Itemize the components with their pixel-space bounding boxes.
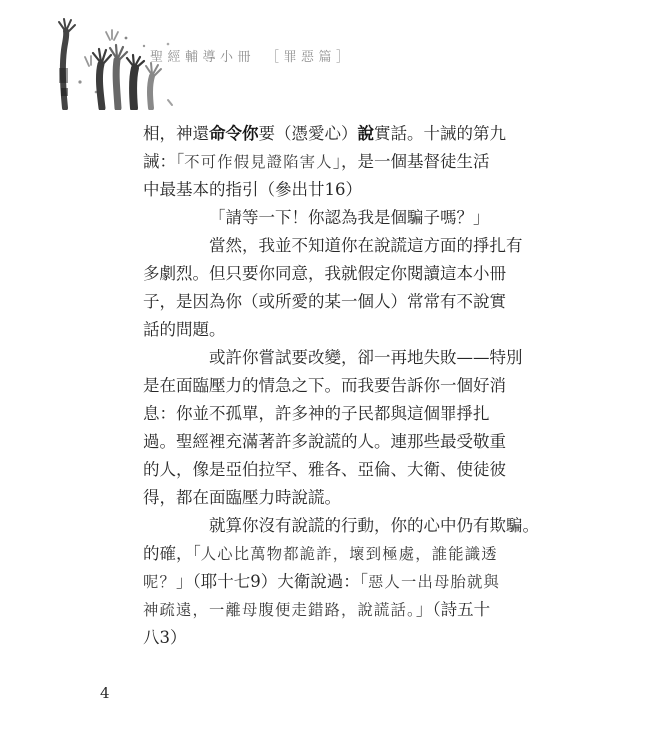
text-line: 或許你嘗試要改變，卻一再地失敗——特別	[143, 344, 523, 372]
scripture-quote: 人心比萬物都詭詐，壞到極處，誰能識透	[201, 545, 498, 563]
body-text-segment: 當然，我並不知道你在說謊這方面的掙扎有	[209, 236, 523, 255]
text-line: 子，是因為你（或所愛的某一個人）常常有不說實	[143, 288, 506, 316]
body-text-segment: 八3）	[143, 628, 187, 647]
scripture-quote: 呢？	[143, 573, 176, 591]
text-line: 的確，「人心比萬物都詭詐，壞到極處，誰能識透	[143, 540, 498, 568]
text-line: 過。聖經裡充滿著許多說謊的人。連那些最受敬重	[143, 428, 506, 456]
running-head-title: 聖經輔導小冊 ［罪惡篇］	[150, 46, 354, 65]
body-text-segment: 相，神還	[143, 124, 209, 143]
scripture-quote: 惡人一出母胎就與	[368, 573, 500, 591]
body-text-segment: 誡：「	[143, 152, 184, 171]
page-number: 4	[100, 684, 110, 702]
body-text-segment: 說	[358, 124, 375, 143]
body-text-segment: 」，是一個基督徒生活	[333, 152, 490, 171]
body-text-segment: 命令你	[209, 124, 259, 143]
text-line: 息：你並不孤單，許多神的子民都與這個罪掙扎	[143, 400, 490, 428]
text-line: 話的問題。	[143, 316, 226, 344]
text-line: 得，都在面臨壓力時說謊。	[143, 484, 341, 512]
body-text-segment: 就算你沒有說謊的行動，你的心中仍有欺騙。	[209, 516, 539, 535]
body-text-segment: 過。聖經裡充滿著許多說謊的人。連那些最受敬重	[143, 432, 506, 451]
text-line: 誡：「不可作假見證陷害人」，是一個基督徒生活	[143, 148, 489, 176]
body-text-segment: 或許你嘗試要改變，卻一再地失敗——特別	[209, 348, 523, 367]
text-line: 就算你沒有說謊的行動，你的心中仍有欺騙。	[143, 512, 539, 540]
scripture-quote: 不可作假見證陷害人	[184, 153, 332, 171]
text-line: 的人，像是亞伯拉罕、雅各、亞倫、大衛、使徒彼	[143, 456, 506, 484]
body-text-segment: 「請等一下！你認為我是個騙子嗎？」	[209, 208, 490, 227]
text-line: 「請等一下！你認為我是個騙子嗎？」	[143, 204, 490, 232]
body-text-segment: 實話。十誡的第九	[374, 124, 506, 143]
scripture-quote: 神疏遠，一離母腹便走錯路，說謊話。	[143, 601, 416, 619]
text-line: 是在面臨壓力的情急之下。而我要告訴你一個好消	[143, 372, 506, 400]
body-text-segment: 話的問題。	[143, 320, 226, 339]
body-text-segment: 」（詩五十	[416, 600, 490, 619]
text-line: 呢？」（耶十七9）大衛說過：「惡人一出母胎就與	[143, 568, 500, 596]
text-line: 中最基本的指引（參出廿16）	[143, 176, 362, 204]
body-text-segment: 要（憑愛心）	[259, 124, 358, 143]
book-page: 聖經輔導小冊 ［罪惡篇］ 相，神還命令你要（憑愛心）說實話。十誡的第九誡：「不可…	[0, 0, 650, 750]
body-text-segment: 是在面臨壓力的情急之下。而我要告訴你一個好消	[143, 376, 506, 395]
body-text-segment: 子，是因為你（或所愛的某一個人）常常有不說實	[143, 292, 506, 311]
body-text-segment: 的人，像是亞伯拉罕、雅各、亞倫、大衛、使徒彼	[143, 460, 506, 479]
text-line: 多劇烈。但只要你同意，我就假定你閱讀這本小冊	[143, 260, 506, 288]
body-text-segment: 息：你並不孤單，許多神的子民都與這個罪掙扎	[143, 404, 490, 423]
text-line: 相，神還命令你要（憑愛心）說實話。十誡的第九	[143, 120, 506, 148]
text-line: 八3）	[143, 624, 187, 652]
body-text-segment: 中最基本的指引（參出廿16）	[143, 180, 362, 199]
body-text-segment: 多劇烈。但只要你同意，我就假定你閱讀這本小冊	[143, 264, 506, 283]
body-text-segment: 得，都在面臨壓力時說謊。	[143, 488, 341, 507]
body-text-segment: 的確，「	[143, 544, 201, 563]
text-line: 神疏遠，一離母腹便走錯路，說謊話。」（詩五十	[143, 596, 490, 624]
text-line: 當然，我並不知道你在說謊這方面的掙扎有	[143, 232, 523, 260]
body-text: 相，神還命令你要（憑愛心）說實話。十誡的第九誡：「不可作假見證陷害人」，是一個基…	[143, 120, 523, 665]
body-text-segment: 」（耶十七9）大衛說過：「	[176, 572, 368, 591]
